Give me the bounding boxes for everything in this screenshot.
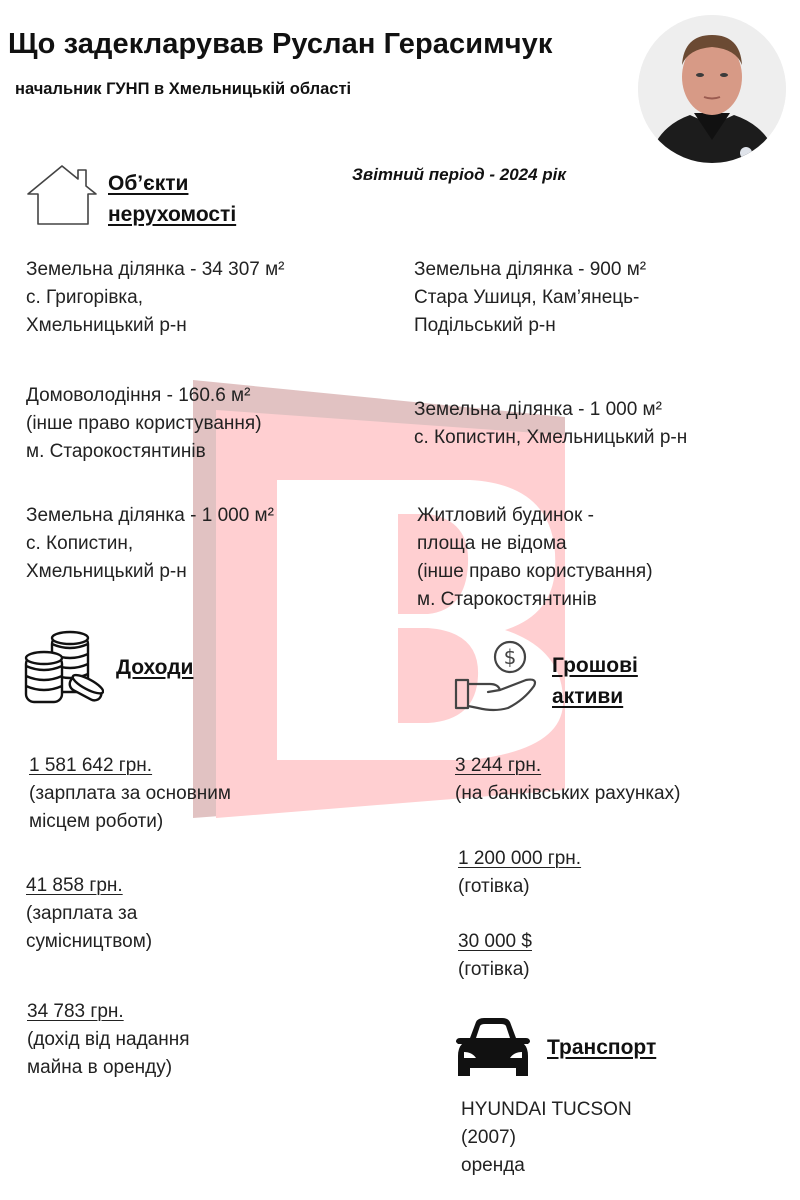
income-item: 41 858 грн. (зарплата за сумісництвом) — [26, 872, 152, 956]
real-estate-item: Земельна ділянка - 1 000 м² с. Копистин,… — [414, 396, 687, 452]
income-amount: 1 581 642 грн. — [29, 752, 231, 780]
item-line: Хмельницький р-н — [26, 558, 274, 586]
item-line: Житловий будинок - — [417, 502, 653, 530]
section-title-transport: Транспорт — [547, 1032, 656, 1063]
real-estate-item: Житловий будинок - площа не відома (інше… — [417, 502, 653, 614]
section-title-line: Об’єкти — [108, 168, 236, 199]
asset-description: (готівка) — [458, 873, 581, 901]
asset-amount: 1 200 000 грн. — [458, 845, 581, 873]
asset-item: 30 000 $ (готівка) — [458, 928, 532, 984]
item-line: площа не відома — [417, 530, 653, 558]
car-icon — [454, 1016, 532, 1078]
item-line: м. Старокостянтинів — [417, 586, 653, 614]
svg-text:$: $ — [504, 645, 517, 669]
coins-icon — [24, 630, 104, 706]
item-line: Домоволодіння - 160.6 м² — [26, 382, 262, 410]
item-line: Стара Ушиця, Кам’янець- — [414, 284, 646, 312]
item-line: Подільський р-н — [414, 312, 646, 340]
income-item: 1 581 642 грн. (зарплата за основним міс… — [29, 752, 231, 836]
income-description: (зарплата за основним — [29, 780, 231, 808]
asset-amount: 30 000 $ — [458, 928, 532, 956]
vehicle-year: (2007) — [461, 1124, 632, 1152]
item-line: Земельна ділянка - 34 307 м² — [26, 256, 285, 284]
section-title-line: Грошові — [552, 650, 638, 681]
item-line: Земельна ділянка - 1 000 м² — [26, 502, 274, 530]
section-title-real-estate: Об’єкти нерухомості — [108, 168, 236, 230]
income-description: місцем роботи) — [29, 808, 231, 836]
item-line: (інше право користування) — [417, 558, 653, 586]
real-estate-item: Земельна ділянка - 1 000 м² с. Копистин,… — [26, 502, 274, 586]
income-description: сумісництвом) — [26, 928, 152, 956]
page-subtitle: начальник ГУНП в Хмельницькій області — [15, 80, 351, 99]
section-title-line: активи — [552, 681, 638, 712]
section-title-income: Доходи — [116, 652, 193, 683]
income-description: (зарплата за — [26, 900, 152, 928]
item-line: с. Григорівка, — [26, 284, 285, 312]
page-title: Що задекларував Руслан Герасимчук — [8, 28, 553, 61]
item-line: Земельна ділянка - 900 м² — [414, 256, 646, 284]
vehicle-model: HYUNDAI TUCSON — [461, 1096, 632, 1124]
person-photo — [638, 15, 786, 163]
item-line: с. Копистин, — [26, 530, 274, 558]
asset-description: (на банківських рахунках) — [455, 780, 680, 808]
income-description: (дохід від надання — [27, 1026, 190, 1054]
vehicle-item: HYUNDAI TUCSON (2007) оренда — [461, 1096, 632, 1180]
person-portrait-icon — [638, 15, 786, 163]
real-estate-item: Земельна ділянка - 34 307 м² с. Григорів… — [26, 256, 285, 340]
asset-description: (готівка) — [458, 956, 532, 984]
house-icon — [26, 164, 98, 228]
reporting-period: Звітний період - 2024 рік — [352, 165, 566, 185]
item-line: (інше право користування) — [26, 410, 262, 438]
income-item: 34 783 грн. (дохід від надання майна в о… — [27, 998, 190, 1082]
income-description: майна в оренду) — [27, 1054, 190, 1082]
hand-dollar-icon: $ — [454, 640, 544, 712]
section-title-monetary-assets: Грошові активи — [552, 650, 638, 712]
real-estate-item: Земельна ділянка - 900 м² Стара Ушиця, К… — [414, 256, 646, 340]
income-amount: 34 783 грн. — [27, 998, 190, 1026]
income-amount: 41 858 грн. — [26, 872, 152, 900]
item-line: Земельна ділянка - 1 000 м² — [414, 396, 687, 424]
item-line: с. Копистин, Хмельницький р-н — [414, 424, 687, 452]
asset-amount: 3 244 грн. — [455, 752, 680, 780]
vehicle-ownership: оренда — [461, 1152, 632, 1180]
item-line: м. Старокостянтинів — [26, 438, 262, 466]
item-line: Хмельницький р-н — [26, 312, 285, 340]
real-estate-item: Домоволодіння - 160.6 м² (інше право кор… — [26, 382, 262, 466]
asset-item: 3 244 грн. (на банківських рахунках) — [455, 752, 680, 808]
section-title-line: нерухомості — [108, 199, 236, 230]
asset-item: 1 200 000 грн. (готівка) — [458, 845, 581, 901]
